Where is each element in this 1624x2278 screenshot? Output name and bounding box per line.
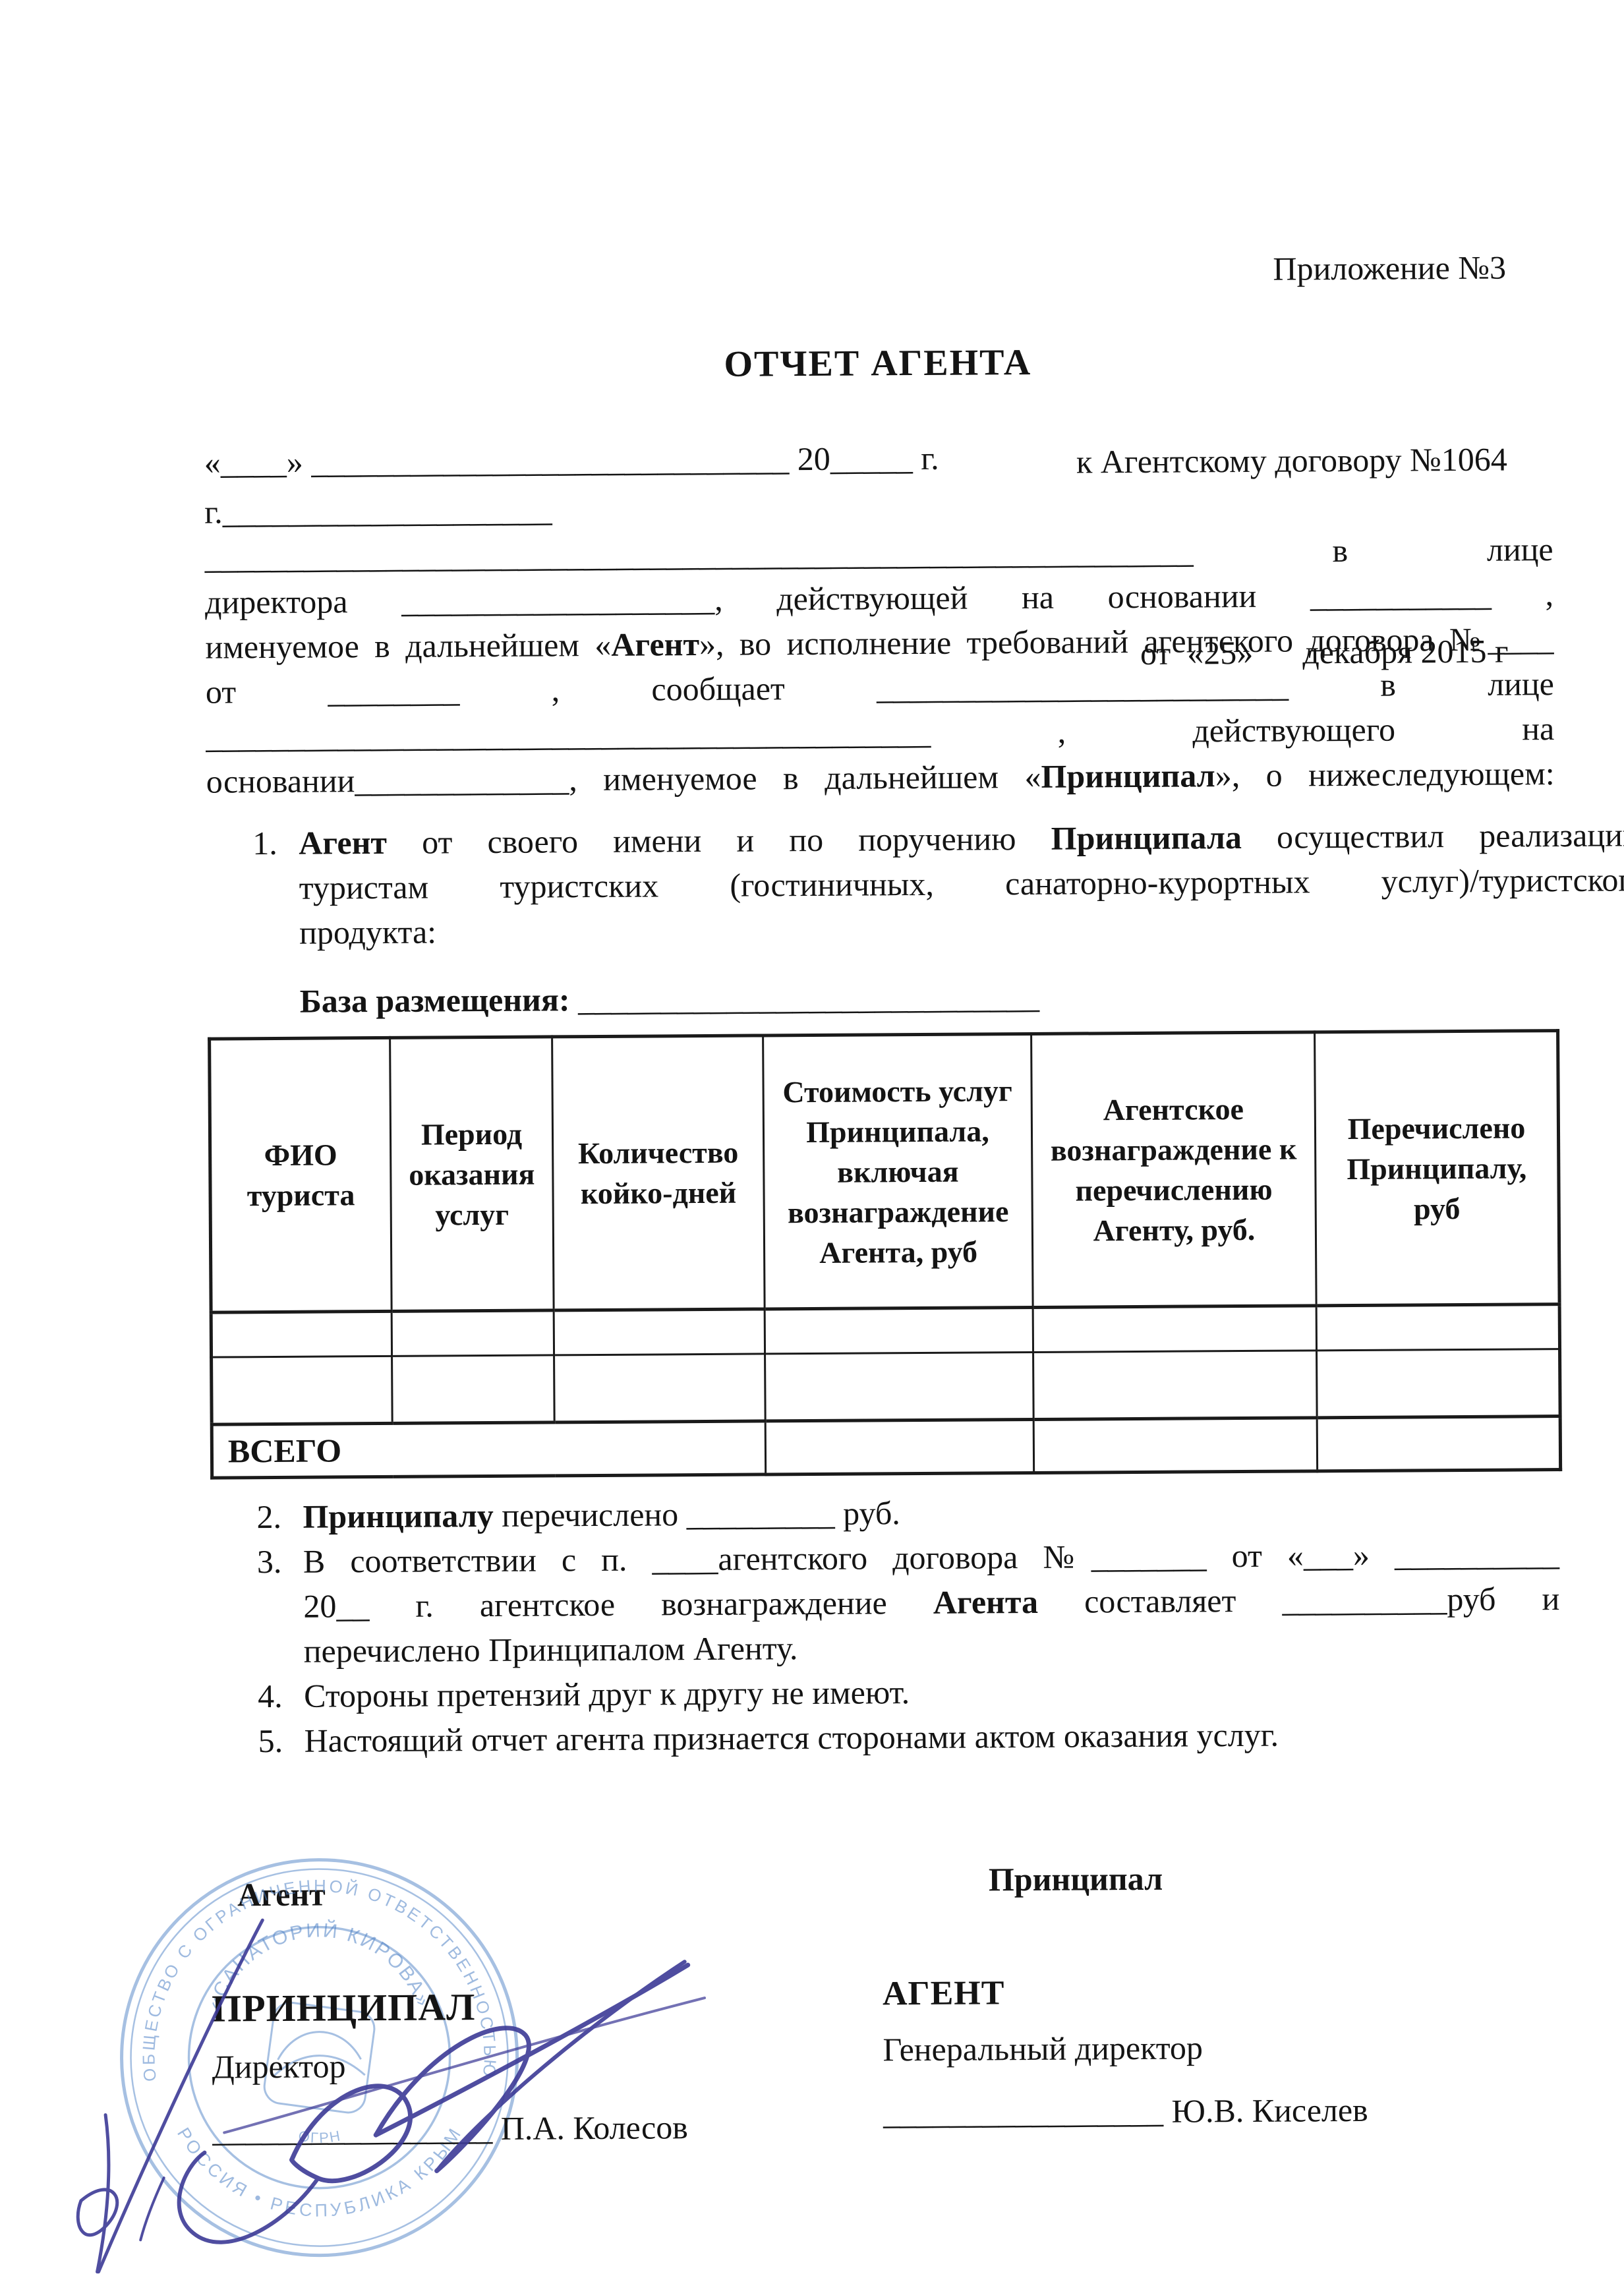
preamble-line-1: ________________________________________… bbox=[204, 527, 1553, 579]
table-cell bbox=[1316, 1304, 1559, 1351]
table-cell bbox=[554, 1309, 765, 1355]
agent-role-heading: АГЕНТ bbox=[883, 1970, 1542, 2013]
table-header-row: ФИО туриста Период оказания услуг Количе… bbox=[210, 1031, 1559, 1312]
table-cell bbox=[212, 1356, 393, 1424]
clause-5-text: Настоящий отчет агента признается сторон… bbox=[304, 1710, 1560, 1763]
clause-1-number: 1. bbox=[252, 821, 277, 865]
clause-1-line-1: Агент от своего имени и по поручению При… bbox=[299, 812, 1624, 865]
document-title: ОТЧЕТ АГЕНТА bbox=[204, 338, 1552, 388]
clause-5: 5. Настоящий отчет агента признается сто… bbox=[212, 1710, 1560, 1763]
table-cell bbox=[211, 1311, 391, 1357]
table-cell bbox=[1033, 1306, 1316, 1353]
clause-3-line-1: В соответствии с п. ____агентского догов… bbox=[303, 1531, 1559, 1584]
accommodation-base-line: База размещения: _______________________… bbox=[300, 971, 1556, 1024]
clause-5-number: 5. bbox=[258, 1718, 283, 1763]
clause-1-line-3: продукта: bbox=[299, 902, 1624, 954]
agent-signature-block: АГЕНТ Генеральный директор _____________… bbox=[883, 1970, 1542, 2132]
header-cell-fio: ФИО туриста bbox=[210, 1037, 392, 1312]
clause-2-text: Принципалу перечислено _________ руб. bbox=[303, 1486, 1559, 1539]
clause-4-text: Стороны претензий друг к другу не имеют. bbox=[304, 1666, 1560, 1718]
clause-3-line-3: перечислено Принципалом Агенту. bbox=[304, 1621, 1560, 1674]
tourists-services-table: ФИО туриста Период оказания услуг Количе… bbox=[208, 1029, 1562, 1480]
table-cell bbox=[1033, 1351, 1318, 1420]
table-empty-row bbox=[212, 1349, 1561, 1424]
preamble-line-3: именуемое в дальнейшем «Агент», во испол… bbox=[205, 616, 1553, 669]
clauses-2-5: 2. Принципалу перечислено _________ руб.… bbox=[210, 1486, 1560, 1763]
header-cell-bed-days: Количество койко-дней bbox=[552, 1036, 765, 1310]
preamble-paragraph: ________________________________________… bbox=[204, 527, 1554, 803]
clause-2-number: 2. bbox=[256, 1494, 281, 1539]
clause-4: 4. Стороны претензий друг к другу не име… bbox=[212, 1666, 1560, 1718]
scanned-document-page: Приложение №3 к Агентскому договору №106… bbox=[0, 0, 1624, 2278]
handwritten-signature-ink bbox=[5, 1912, 798, 2278]
table-cell bbox=[1033, 1418, 1317, 1473]
report-date-blank-line: «____» _____________________________ 20_… bbox=[204, 432, 1553, 484]
appendix-number: Приложение №3 bbox=[1075, 236, 1506, 303]
clause-4-number: 4. bbox=[258, 1674, 283, 1718]
document-sheet: Приложение №3 к Агентскому договору №106… bbox=[0, 0, 1624, 2278]
table-cell bbox=[765, 1419, 1033, 1474]
table-cell bbox=[1317, 1416, 1560, 1471]
header-cell-cost: Стоимость услуг Принципала, включая возн… bbox=[763, 1034, 1033, 1308]
table-empty-row bbox=[211, 1304, 1559, 1357]
table-cell bbox=[765, 1307, 1033, 1353]
principal-party-label: Принципал bbox=[989, 1859, 1163, 1899]
preamble-line-5: ________________________________________… bbox=[206, 706, 1554, 759]
table-total-row: ВСЕГО bbox=[212, 1416, 1560, 1478]
table-cell bbox=[392, 1355, 555, 1424]
city-blank-line: г.____________________ bbox=[204, 481, 1553, 534]
table-cell bbox=[1317, 1349, 1561, 1418]
clause-3: 3. В соответствии с п. ____агентского до… bbox=[211, 1531, 1560, 1674]
table-cell bbox=[554, 1354, 766, 1422]
clause-3-line-2: 20__ г. агентское вознаграждение Агента … bbox=[303, 1576, 1559, 1629]
total-label-cell: ВСЕГО bbox=[212, 1421, 765, 1478]
preamble-line-6: основании_____________, именуемое в даль… bbox=[206, 751, 1555, 803]
table-cell bbox=[765, 1352, 1034, 1420]
clause-3-number: 3. bbox=[257, 1539, 282, 1584]
header-cell-transferred: Перечислено Принципалу, руб bbox=[1315, 1031, 1560, 1306]
table-cell bbox=[391, 1310, 554, 1357]
header-cell-agent-fee: Агентское вознаграждение к перечислению … bbox=[1031, 1032, 1317, 1308]
clause-2: 2. Принципалу перечислено _________ руб. bbox=[210, 1486, 1559, 1539]
agent-position: Генеральный директор bbox=[883, 2026, 1542, 2068]
clause-1: 1. Агент от своего имени и по поручению … bbox=[206, 812, 1624, 955]
agent-signature-line: _________________ Ю.В. Киселев bbox=[883, 2089, 1542, 2132]
preamble-line-2: директора ___________________, действующ… bbox=[205, 571, 1553, 624]
header-cell-period: Период оказания услуг bbox=[390, 1037, 554, 1311]
clause-1-line-2: туристам туристских (гостиничных, санато… bbox=[299, 857, 1624, 910]
preamble-line-4: от ________ , сообщает _________________… bbox=[206, 661, 1554, 714]
